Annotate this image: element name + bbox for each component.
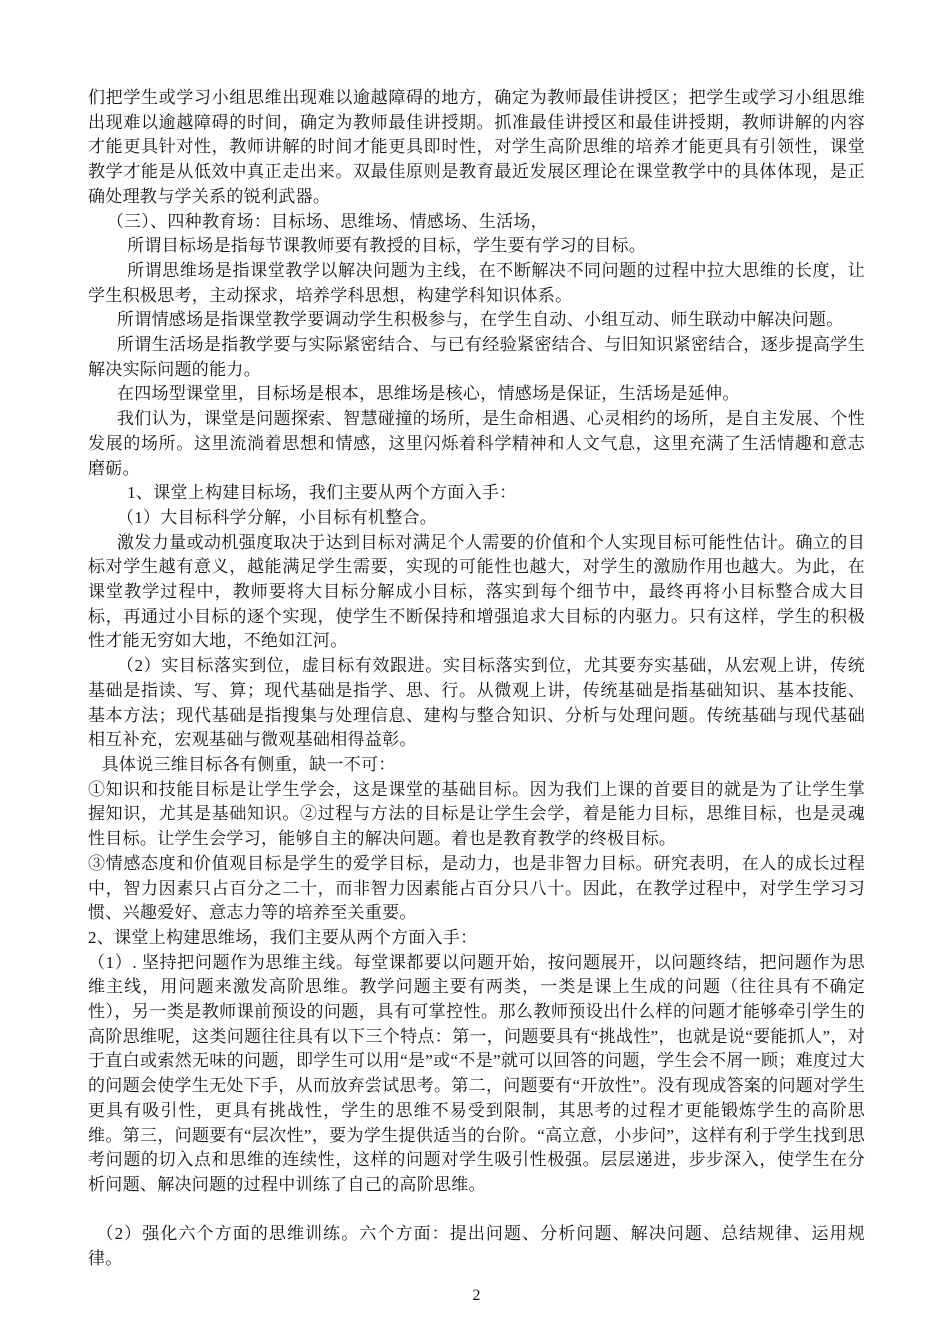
document-page: 们把学生或学习小组思维出现难以逾越障碍的地方，确定为教师最佳讲授区；把学生或学习… — [0, 0, 950, 1344]
paragraph: 2、课堂上构建思维场，我们主要从两个方面入手： — [88, 926, 865, 951]
paragraph: 们把学生或学习小组思维出现难以逾越障碍的地方，确定为教师最佳讲授区；把学生或学习… — [88, 86, 865, 210]
document-body: 们把学生或学习小组思维出现难以逾越障碍的地方，确定为教师最佳讲授区；把学生或学习… — [88, 86, 865, 1272]
paragraph: （三）、四种教育场：目标场、思维场、情感场、生活场， — [88, 210, 865, 235]
paragraph: （1）大目标科学分解，小目标有机整合。 — [88, 506, 865, 531]
paragraph: ③情感态度和价值观目标是学生的爱学目标，是动力，也是非智力目标。研究表明，在人的… — [88, 852, 865, 926]
paragraph: 在四场型课堂里，目标场是根本，思维场是核心，情感场是保证，生活场是延伸。 — [88, 382, 865, 407]
paragraph: 激发力量或动机强度取决于达到目标对满足个人需要的价值和个人实现目标可能性估计。确… — [88, 531, 865, 655]
paragraph: 我们认为，课堂是问题探索、智慧碰撞的场所，是生命相遇、心灵相约的场所，是自主发展… — [88, 407, 865, 481]
paragraph: （2）实目标落实到位，虚目标有效跟进。实目标落实到位，尤其要夯实基础，从宏观上讲… — [88, 654, 865, 753]
page-number: 2 — [88, 1285, 865, 1307]
paragraph: 所谓生活场是指教学要与实际紧密结合、与已有经验紧密结合、与旧知识紧密结合，逐步提… — [88, 333, 865, 382]
paragraph: 所谓情感场是指课堂教学要调动学生积极参与，在学生自动、小组互动、师生联动中解决问… — [88, 308, 865, 333]
paragraph: 具体说三维目标各有侧重，缺一不可： — [88, 753, 865, 778]
paragraph: 所谓思维场是指课堂教学以解决问题为主线，在不断解决不同问题的过程中拉大思维的长度… — [88, 259, 865, 308]
paragraph: ①知识和技能目标是让学生学会，这是课堂的基础目标。因为我们上课的首要目的就是为了… — [88, 778, 865, 852]
paragraph: （1）. 坚持把问题作为思维主线。每堂课都要以问题开始，按问题展开，以问题终结，… — [88, 951, 865, 1198]
paragraph: （2）强化六个方面的思维训练。六个方面：提出问题、分析问题、解决问题、总结规律、… — [88, 1222, 865, 1271]
paragraph: 1、课堂上构建目标场，我们主要从两个方面入手： — [88, 481, 865, 506]
paragraph: 所谓目标场是指每节课教师要有教授的目标，学生要有学习的目标。 — [88, 234, 865, 259]
